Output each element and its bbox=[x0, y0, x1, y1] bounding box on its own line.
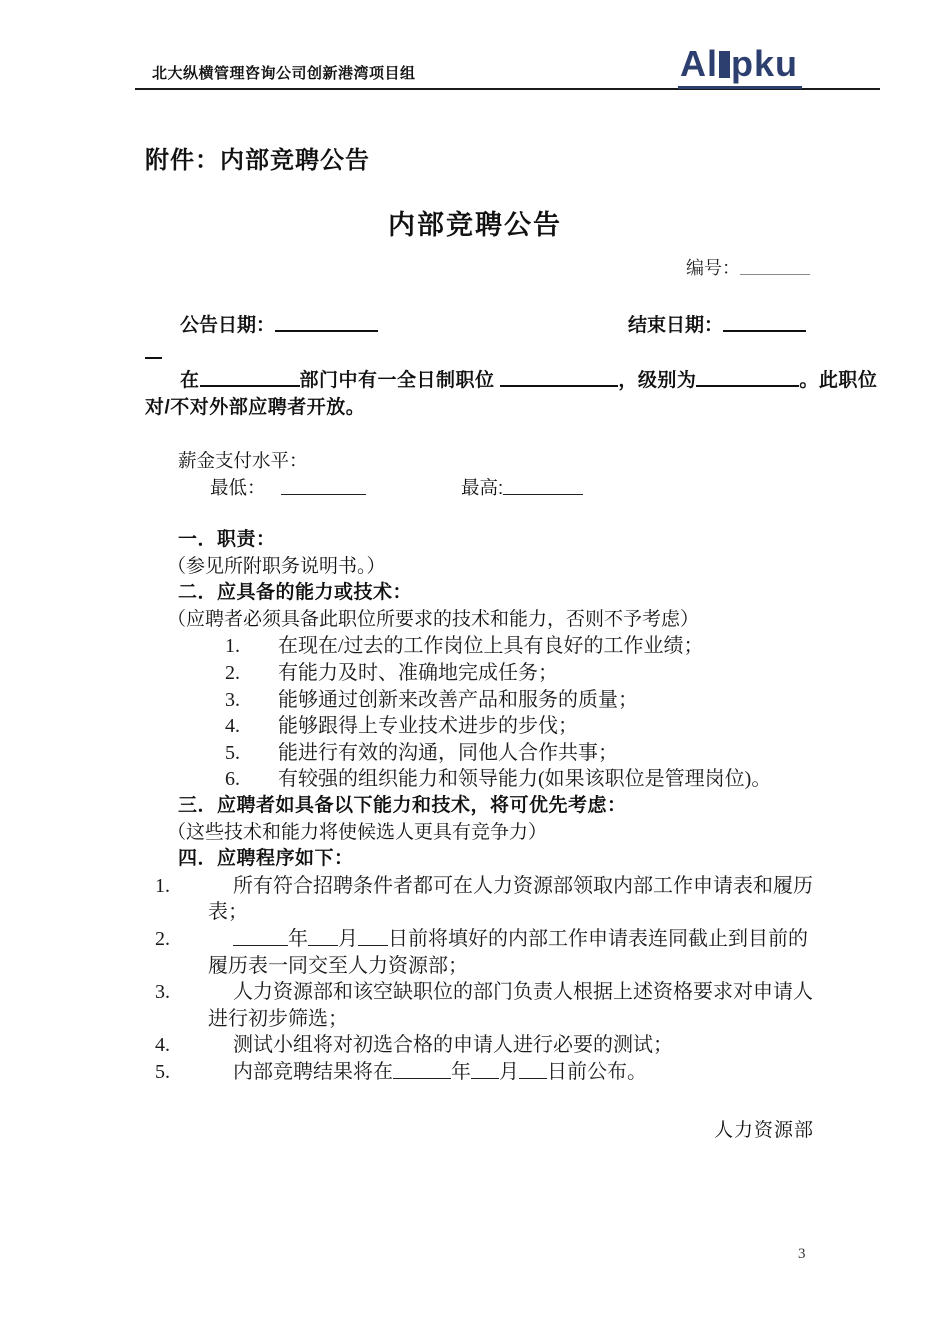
procedure-item: 4.测试小组将对初选合格的申请人进行必要的测试； bbox=[145, 1032, 825, 1059]
procedure-text: 测试小组将对初选合格的申请人进行必要的测试； bbox=[233, 1034, 673, 1056]
requirement-item: 5.能进行有效的沟通，同他人合作共事； bbox=[145, 740, 878, 767]
salary-min-label: 最低： bbox=[210, 477, 266, 498]
procedure-text: 人力资源部和该空缺职位的部门负责人根据上述资格要求对申请人进行初步筛选； bbox=[208, 981, 813, 1030]
requirement-text: 能进行有效的沟通，同他人合作共事； bbox=[278, 742, 618, 764]
level-blank bbox=[696, 368, 799, 387]
procedure-item: 2.年月日前将填好的内部工作申请表连同截止到目前的履历表一同交至人力资源部； bbox=[145, 926, 825, 979]
requirement-number: 4. bbox=[225, 713, 240, 740]
procedure-number: 4. bbox=[155, 1032, 170, 1059]
procedure-number: 1. bbox=[155, 873, 170, 900]
logo-block-icon bbox=[719, 51, 730, 78]
year-blank bbox=[233, 926, 288, 946]
section2-note: （应聘者必须具备此职位所要求的技术和能力，否则不予考虑） bbox=[167, 607, 878, 634]
procedure-number: 2. bbox=[155, 926, 170, 953]
year-blank bbox=[393, 1059, 451, 1079]
number-row: 编号： bbox=[145, 254, 878, 280]
salary-min-blank bbox=[281, 477, 366, 496]
sections-block: 一．职责： （参见所附职务说明书。） 二．应具备的能力或技术： （应聘者必须具备… bbox=[145, 527, 878, 1085]
announce-date-blank bbox=[275, 313, 378, 332]
salary-heading: 薪金支付水平： bbox=[178, 447, 878, 474]
end-date-label: 结束日期： bbox=[628, 315, 723, 336]
day-blank bbox=[519, 1059, 547, 1079]
requirement-number: 5. bbox=[225, 740, 240, 767]
salary-row: 最低： 最高: bbox=[210, 474, 878, 501]
procedure-text: 日前公布。 bbox=[547, 1061, 647, 1083]
salary-max-label: 最高: bbox=[461, 477, 503, 498]
procedure-number: 3. bbox=[155, 979, 170, 1006]
requirement-number: 6. bbox=[225, 766, 240, 793]
signature-hr-department: 人力资源部 bbox=[145, 1115, 878, 1142]
procedure-text: 年 bbox=[451, 1061, 471, 1083]
requirement-item: 2.有能力及时、准确地完成任务； bbox=[145, 660, 878, 687]
requirement-text: 能够通过创新来改善产品和服务的质量； bbox=[278, 689, 638, 711]
end-date-blank bbox=[723, 313, 806, 332]
requirement-item: 3.能够通过创新来改善产品和服务的质量； bbox=[145, 687, 878, 714]
section1-heading: 一．职责： bbox=[178, 527, 878, 554]
end-date-field: 结束日期： bbox=[628, 310, 806, 337]
section3-heading: 三．应聘者如具备以下能力和技术，将可优先考虑： bbox=[178, 793, 878, 820]
requirement-text: 有能力及时、准确地完成任务； bbox=[278, 662, 558, 684]
page-number: 3 bbox=[798, 1246, 806, 1263]
logo-text-pre: Al bbox=[680, 43, 718, 84]
attachment-heading: 附件：内部竞聘公告 bbox=[145, 140, 878, 175]
procedure-text: 所有符合招聘条件者都可在人力资源部领取内部工作申请表和履历表； bbox=[208, 875, 813, 924]
number-blank bbox=[740, 257, 810, 275]
requirement-text: 能够跟得上专业技术进步的步伐； bbox=[278, 715, 578, 737]
month-blank bbox=[308, 926, 338, 946]
position-blank bbox=[500, 368, 618, 387]
header-company-name: 北大纵横管理咨询公司创新港湾项目组 bbox=[152, 62, 416, 83]
dates-row: 公告日期： 结束日期： bbox=[145, 310, 878, 337]
month-blank bbox=[471, 1059, 499, 1079]
requirement-number: 2. bbox=[225, 660, 240, 687]
requirement-number: 3. bbox=[225, 687, 240, 714]
section1-note: （参见所附职务说明书。） bbox=[167, 554, 878, 581]
procedure-item: 1.所有符合招聘条件者都可在人力资源部领取内部工作申请表和履历表； bbox=[145, 873, 825, 926]
announce-date-field: 公告日期： bbox=[180, 310, 378, 337]
procedure-text: 内部竞聘结果将在 bbox=[233, 1061, 393, 1083]
salary-max-blank bbox=[503, 477, 583, 496]
department-blank bbox=[200, 368, 300, 387]
logo-text-post: pku bbox=[731, 43, 798, 84]
wrapped-underline bbox=[145, 357, 162, 359]
section2-heading: 二．应具备的能力或技术： bbox=[178, 580, 878, 607]
intro-seg2: 部门中有一全日制职位 bbox=[300, 370, 495, 391]
day-blank bbox=[358, 926, 388, 946]
section4-heading: 四．应聘程序如下： bbox=[178, 846, 878, 873]
requirement-item: 1.在现在/过去的工作岗位上具有良好的工作业绩； bbox=[145, 633, 878, 660]
procedure-item: 5.内部竞聘结果将在年月日前公布。 bbox=[145, 1059, 825, 1086]
procedure-number: 5. bbox=[155, 1059, 170, 1086]
requirement-text: 有较强的组织能力和领导能力(如果该职位是管理岗位)。 bbox=[278, 768, 771, 790]
requirement-item: 4.能够跟得上专业技术进步的步伐； bbox=[145, 713, 878, 740]
document-title: 内部竞聘公告 bbox=[0, 203, 950, 242]
procedure-text: 年 bbox=[288, 928, 308, 950]
announce-date-label: 公告日期： bbox=[180, 315, 275, 336]
requirement-number: 1. bbox=[225, 633, 240, 660]
document-body: 附件：内部竞聘公告 内部竞聘公告 编号： 公告日期： 结束日期： 在部门中有一全… bbox=[145, 90, 878, 1142]
procedure-text: 月 bbox=[338, 928, 358, 950]
requirement-text: 在现在/过去的工作岗位上具有良好的工作业绩； bbox=[278, 635, 704, 657]
intro-seg3: ，级别为 bbox=[618, 370, 696, 391]
section3-note: （这些技术和能力将使候选人更具有竞争力） bbox=[167, 820, 878, 847]
requirement-item: 6.有较强的组织能力和领导能力(如果该职位是管理岗位)。 bbox=[145, 766, 878, 793]
intro-seg1: 在 bbox=[180, 370, 200, 391]
allpku-logo: Alpku bbox=[678, 44, 802, 89]
intro-paragraph: 在部门中有一全日制职位 ，级别为。此职位对/不对外部应聘者开放。 bbox=[145, 367, 878, 421]
procedure-item: 3.人力资源部和该空缺职位的部门负责人根据上述资格要求对申请人进行初步筛选； bbox=[145, 979, 825, 1032]
procedure-text: 月 bbox=[499, 1061, 519, 1083]
number-label: 编号： bbox=[686, 258, 740, 278]
document-page: 北大纵横管理咨询公司创新港湾项目组 Alpku 附件：内部竞聘公告 内部竞聘公告… bbox=[0, 0, 950, 1344]
